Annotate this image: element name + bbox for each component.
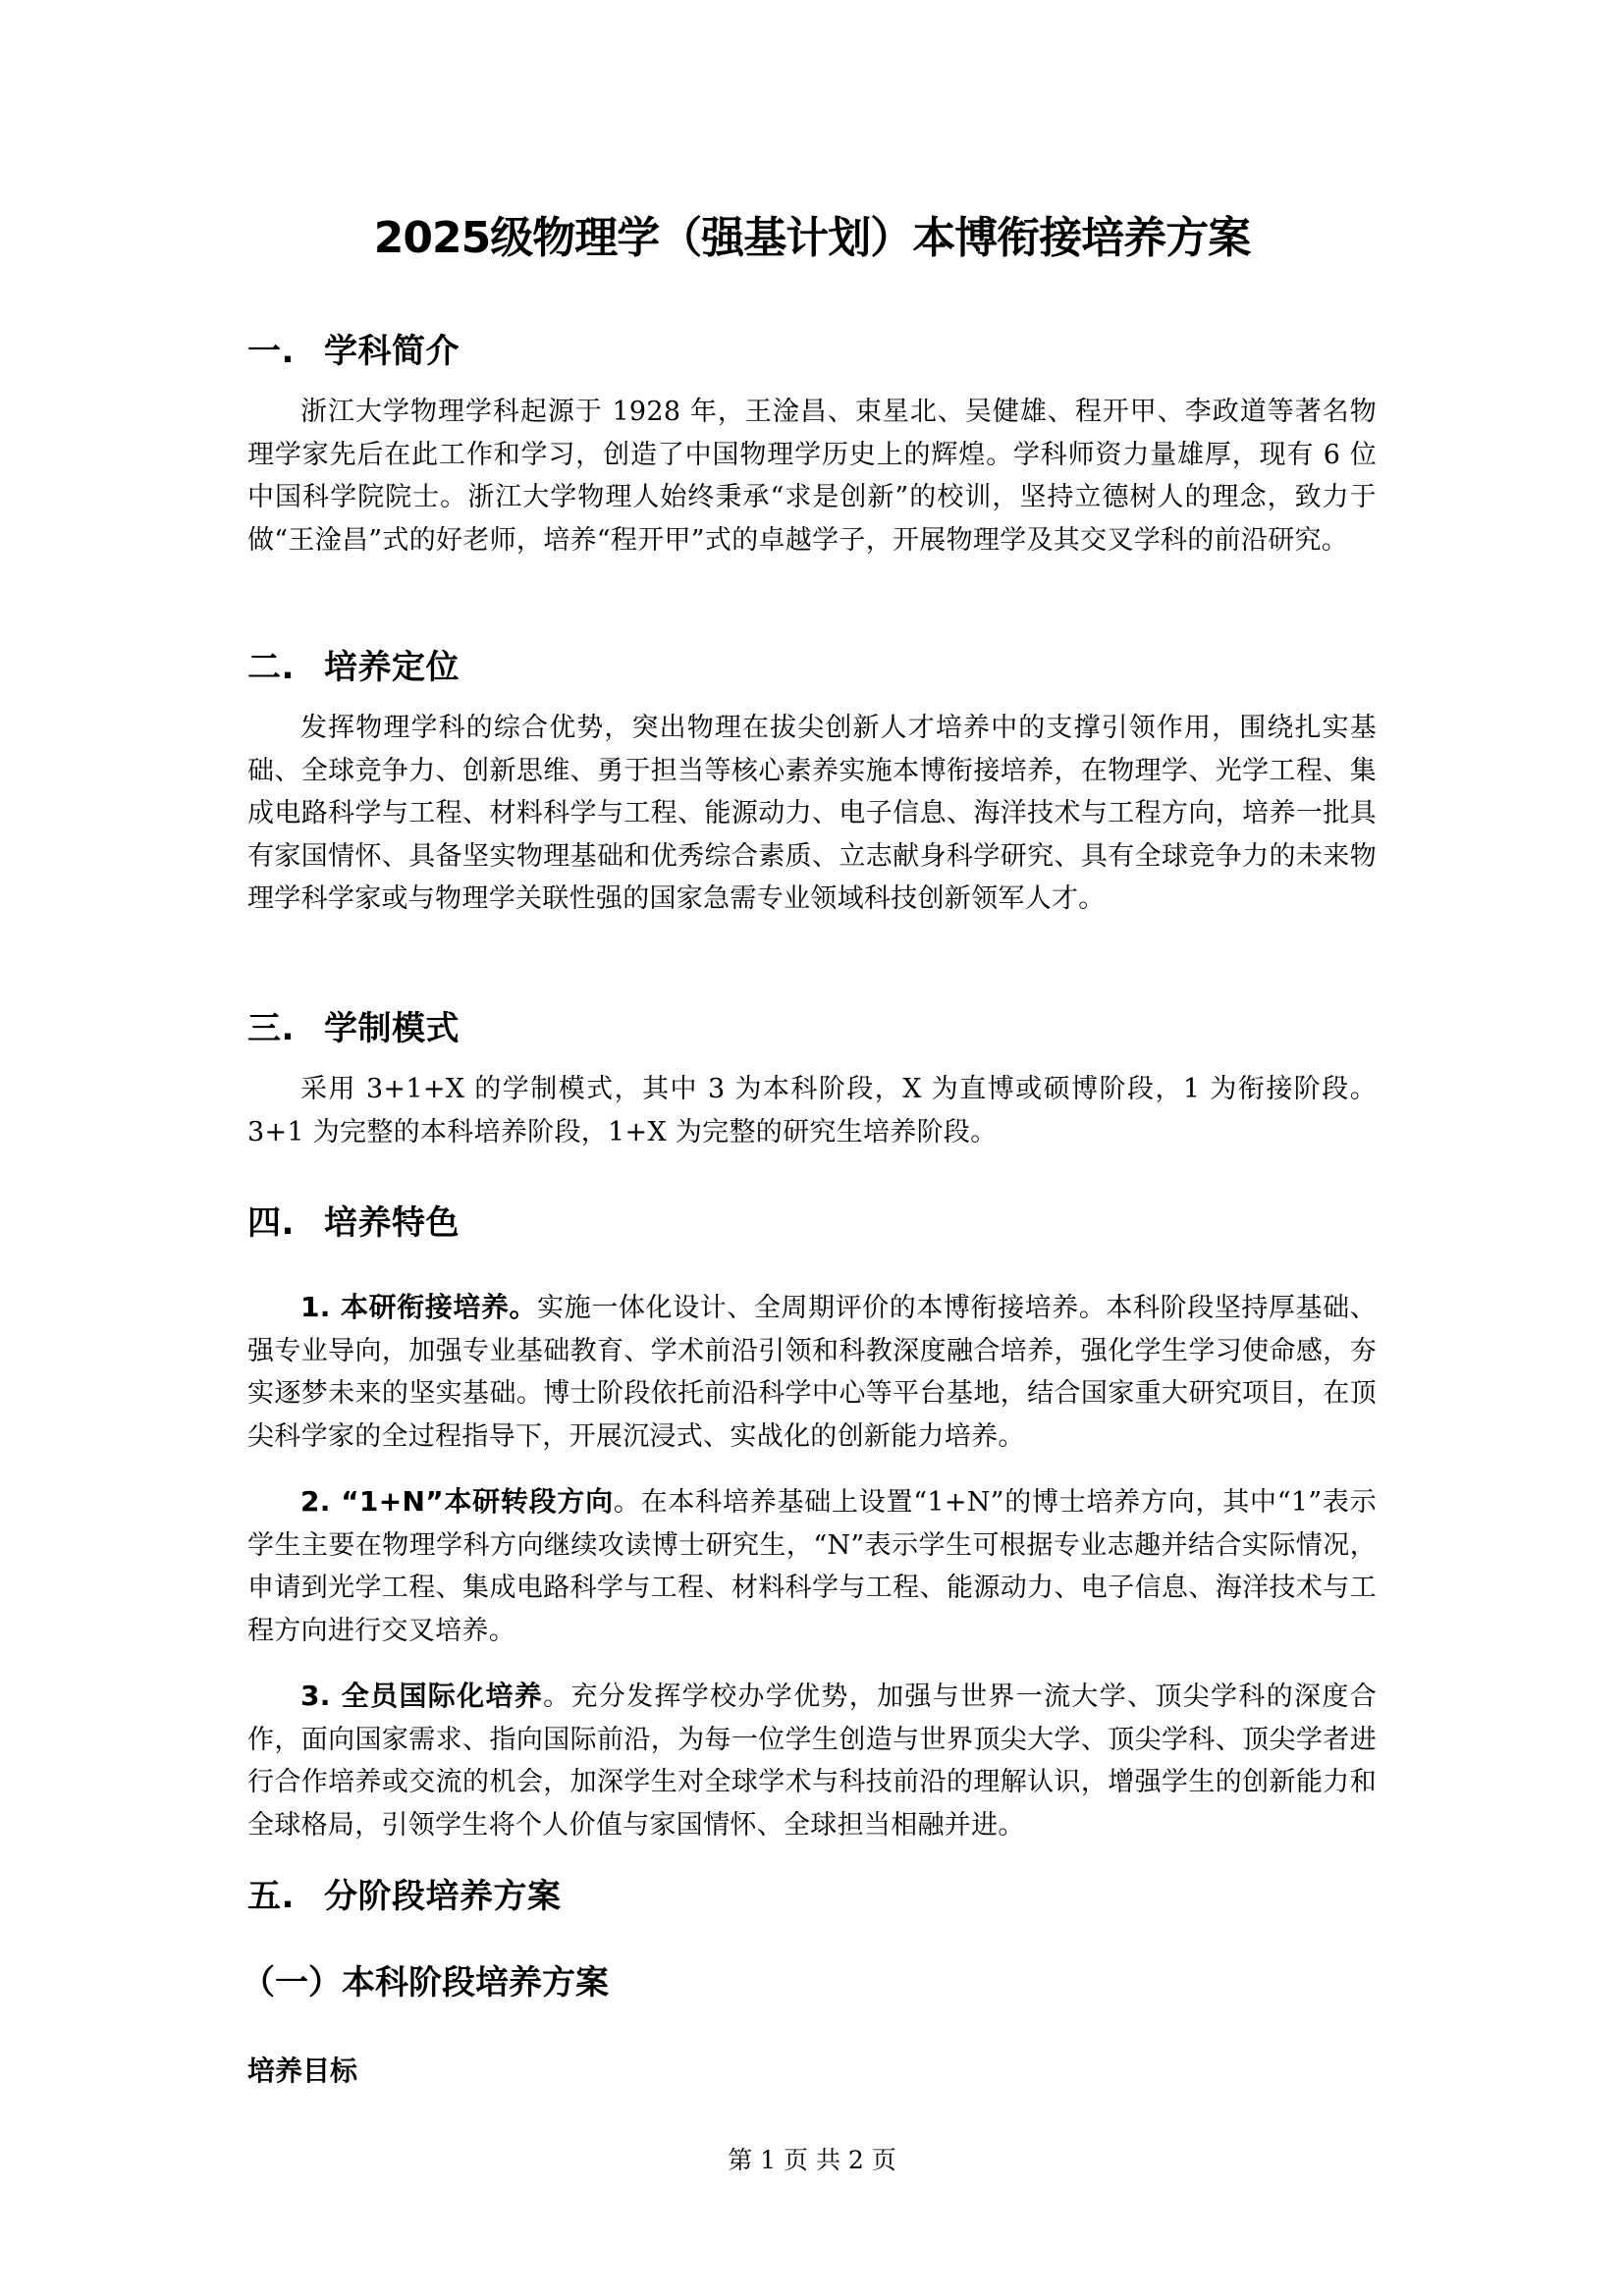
subsection-heading-undergrad: （一）本科阶段培养方案 [242, 1959, 609, 2006]
paragraph-positioning: 发挥物理学科的综合优势，突出物理在拔尖创新人才培养中的支撑引领作用，围绕扎实基础… [247, 707, 1377, 921]
section-number: 五. [247, 1873, 324, 1920]
section-heading-features: 四.培养特色 [247, 1200, 460, 1247]
paragraph-discipline-intro: 浙江大学物理学科起源于 1928 年，王淦昌、束星北、吴健雄、程开甲、李政道等著… [247, 391, 1377, 561]
paragraph-academic-system: 采用 3+1+X 的学制模式，其中 3 为本科阶段，X 为直博或硕博阶段，1 为… [247, 1068, 1377, 1153]
section-heading-positioning: 二.培养定位 [247, 644, 460, 691]
section-number: 四. [247, 1200, 324, 1247]
document-title: 2025级物理学（强基计划）本博衔接培养方案 [247, 209, 1377, 268]
section-title: 学科简介 [324, 332, 460, 371]
feature-paragraph-3: 3. 全员国际化培养。充分发挥学校办学优势，加强与世界一流大学、顶尖学科的深度合… [247, 1675, 1377, 1846]
feature-paragraph-2: 2. “1+N”本研转段方向。在本科培养基础上设置“1+N”的博士培养方向，其中… [247, 1480, 1377, 1652]
section-number: 二. [247, 644, 324, 691]
feature-lead: 2. “1+N”本研转段方向 [300, 1485, 614, 1518]
section-heading-academic-system: 三.学制模式 [247, 1005, 460, 1052]
feature-paragraph-1: 1. 本研衔接培养。实施一体化设计、全周期评价的本博衔接培养。本科阶段坚持厚基础… [247, 1286, 1377, 1458]
section-title: 培养定位 [324, 648, 460, 687]
section-title: 学制模式 [324, 1009, 460, 1048]
section-title: 分阶段培养方案 [324, 1877, 562, 1916]
section-heading-staged-plan: 五.分阶段培养方案 [247, 1873, 562, 1920]
section-heading-discipline-intro: 一.学科简介 [247, 328, 460, 375]
section-title: 培养特色 [324, 1203, 460, 1243]
section-number: 三. [247, 1005, 324, 1052]
feature-lead: 1. 本研衔接培养。 [300, 1291, 537, 1323]
page-number-footer: 第 1 页 共 2 页 [0, 2144, 1624, 2177]
subheading-training-goals: 培养目标 [247, 2052, 357, 2091]
section-number: 一. [247, 328, 324, 375]
feature-lead: 3. 全员国际化培养 [300, 1680, 543, 1712]
